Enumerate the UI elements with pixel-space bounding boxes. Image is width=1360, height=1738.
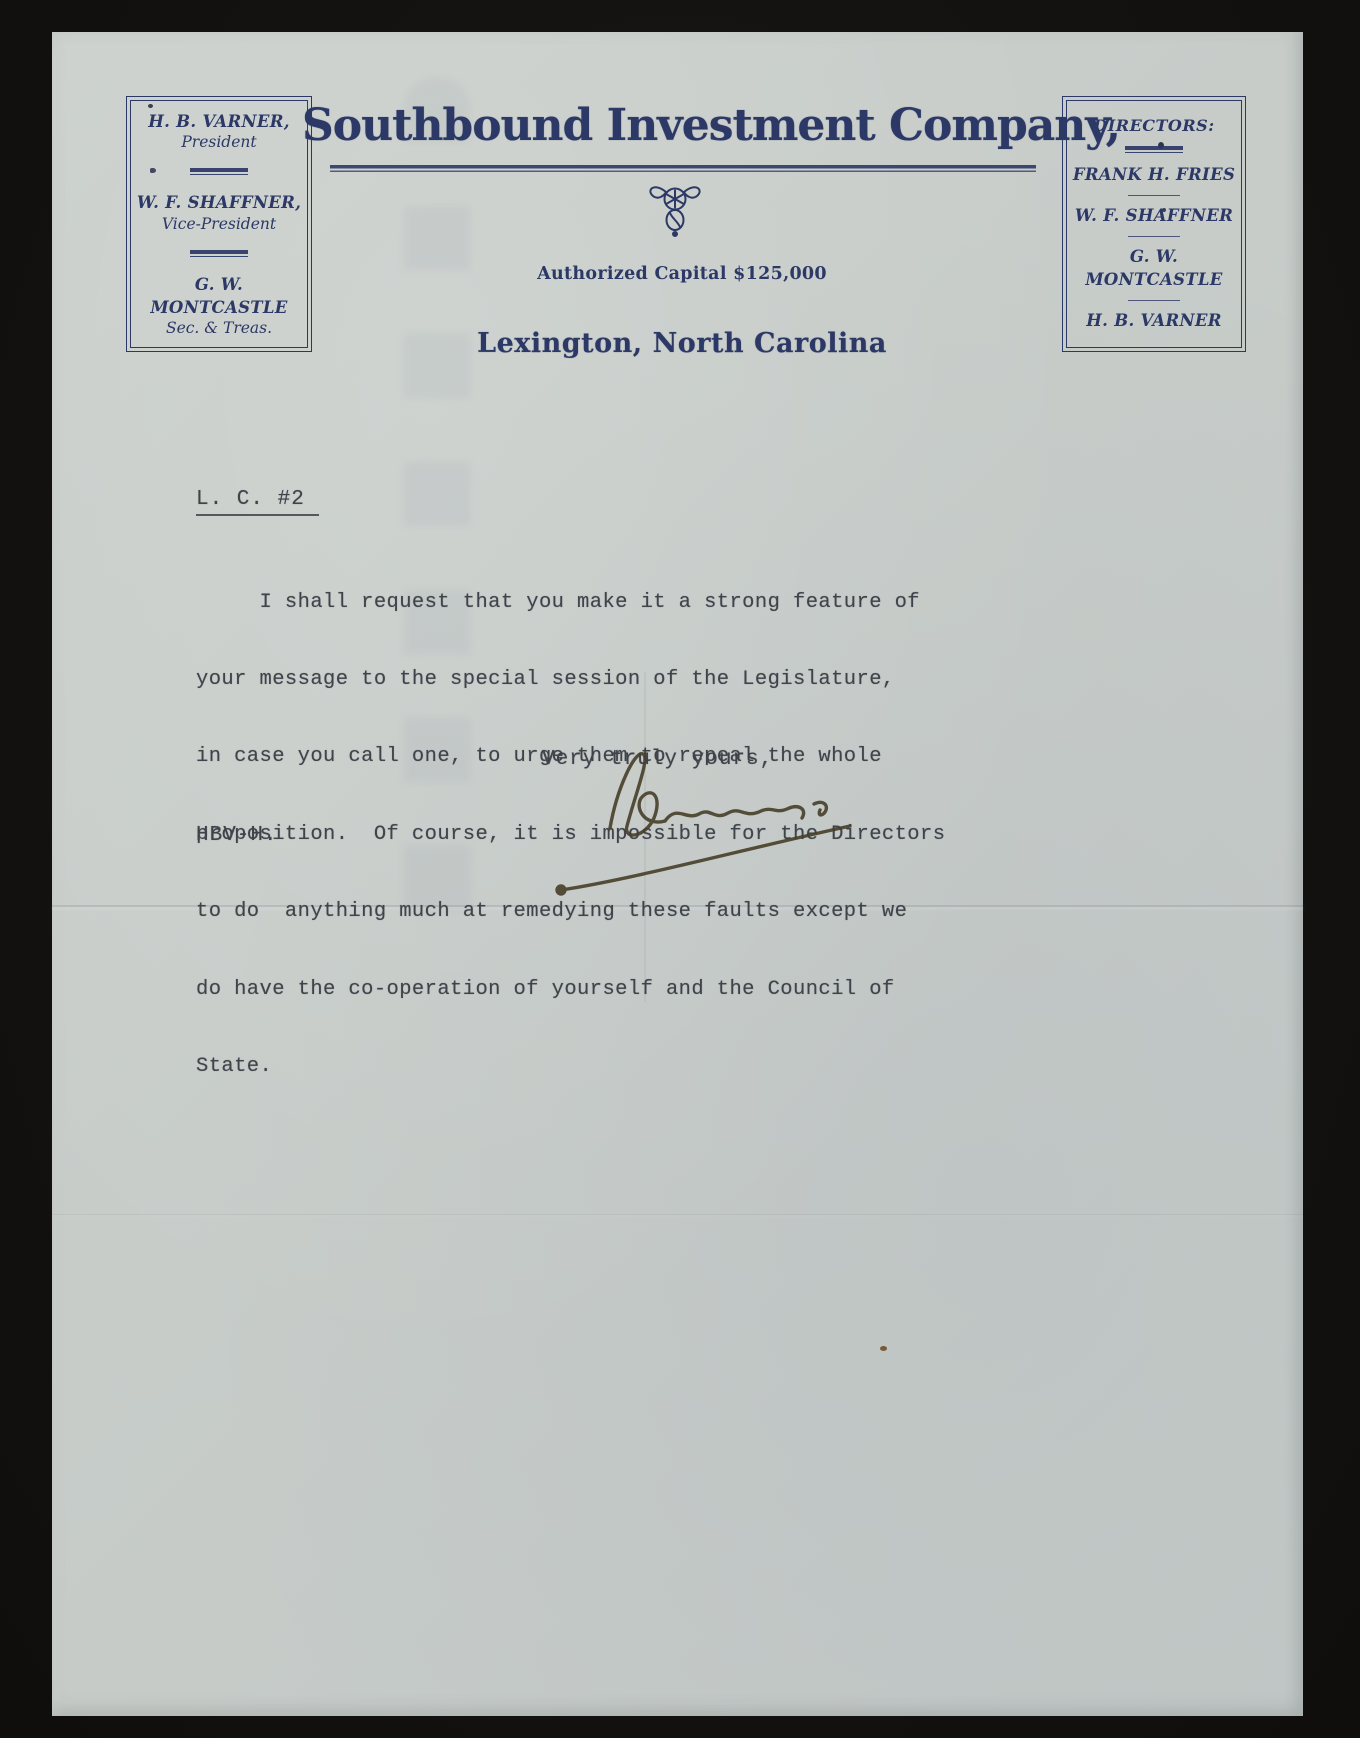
officer-entry: H. B. VARNER, President [148,111,290,152]
officer-name: H. B. VARNER, [148,111,290,133]
company-name: Southbound Investment Company, [302,100,1062,151]
stain-speck [880,1346,887,1351]
body-line: your message to the special session of t… [196,667,945,693]
officer-name: G. W. MONTCASTLE [131,274,307,319]
officers-box: H. B. VARNER, President W. F. SHAFFNER, … [126,96,312,352]
horizontal-fold-crease [52,1214,1303,1215]
typist-initials: HBV-H. [196,824,278,847]
body-line: I shall request that you make it a stron… [196,590,945,616]
officer-name: W. F. SHAFFNER, [137,192,301,214]
letterhead-emblem-icon [644,180,706,238]
director-name: G. W. MONTCASTLE [1067,246,1241,291]
officers-box-inner: H. B. VARNER, President W. F. SHAFFNER, … [130,100,308,348]
letter-reference: L. C. #2 [196,488,319,516]
officer-title: Sec. & Treas. [131,319,307,338]
director-name: W. F. SHAFFNER [1075,205,1233,227]
letter-page: H. B. VARNER, President W. F. SHAFFNER, … [52,32,1303,1716]
title-rule [330,165,1036,172]
box-divider [190,168,248,175]
body-line: State. [196,1054,945,1080]
box-divider [1128,195,1180,196]
authorized-capital: Authorized Capital $125,000 [302,264,1062,284]
signature-script [514,730,874,920]
directors-box-inner: DIRECTORS: FRANK H. FRIES W. F. SHAFFNER… [1066,100,1242,348]
officer-title: Vice-President [137,215,301,234]
directors-box: DIRECTORS: FRANK H. FRIES W. F. SHAFFNER… [1062,96,1246,352]
officer-title: President [148,133,290,152]
box-divider [1125,146,1183,153]
director-name: FRANK H. FRIES [1073,164,1235,186]
company-location: Lexington, North Carolina [302,328,1062,359]
officer-entry: W. F. SHAFFNER, Vice-President [137,192,301,233]
box-divider [1128,236,1180,237]
officer-entry: G. W. MONTCASTLE Sec. & Treas. [131,274,307,337]
body-line: do have the co-operation of yourself and… [196,977,945,1003]
director-name: H. B. VARNER [1086,310,1222,332]
box-divider [190,250,248,257]
box-divider [1128,300,1180,301]
directors-heading: DIRECTORS: [1093,116,1214,135]
